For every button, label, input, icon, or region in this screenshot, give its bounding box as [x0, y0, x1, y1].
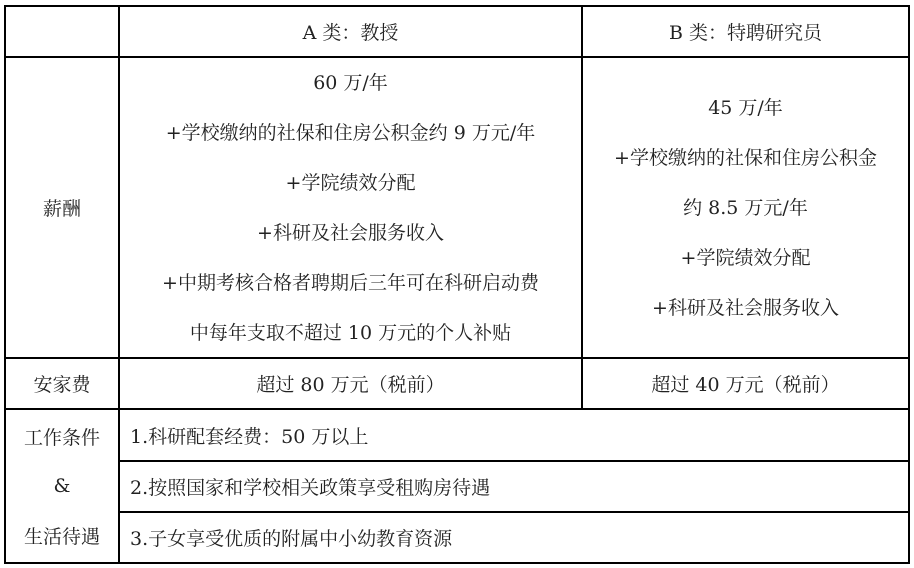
header-col-b-label: B 类：特聘研究员 [669, 18, 822, 45]
housing-b-cell: 超过 40 万元（税前） [583, 359, 908, 408]
border-bottom [4, 562, 910, 564]
salary-label-cell: 薪酬 [6, 58, 118, 357]
salary-a-line: 60 万/年 [313, 58, 388, 108]
salary-a-line: 中每年支取不超过 10 万元的个人补贴 [190, 308, 511, 358]
housing-label: 安家费 [33, 370, 90, 397]
conditions-label-line: & [54, 475, 71, 497]
salary-b-line: 约 8.5 万元/年 [683, 183, 808, 233]
salary-b-line: +学院绩效分配 [681, 233, 811, 283]
header-col-a-label: A 类：教授 [303, 18, 399, 45]
salary-a-line: +学院绩效分配 [286, 158, 416, 208]
conditions-item-2: 2.按照国家和学校相关政策享受租购房待遇 [120, 462, 908, 511]
header-corner [6, 7, 118, 56]
salary-a-line: +科研及社会服务收入 [257, 208, 444, 258]
housing-a-cell: 超过 80 万元（税前） [120, 359, 581, 408]
salary-b-line: +科研及社会服务收入 [652, 283, 839, 333]
salary-b-line: 45 万/年 [708, 83, 783, 133]
conditions-label-line: 生活待遇 [24, 522, 100, 549]
conditions-label-cell: 工作条件 & 生活待遇 [6, 410, 118, 562]
housing-label-cell: 安家费 [6, 359, 118, 408]
salary-a-line: +学校缴纳的社保和住房公积金约 9 万元/年 [166, 108, 536, 158]
salary-b-line: +学校缴纳的社保和住房公积金 [614, 133, 877, 183]
salary-b-cell: 45 万/年 +学校缴纳的社保和住房公积金 约 8.5 万元/年 +学院绩效分配… [583, 58, 908, 357]
header-col-a: A 类：教授 [120, 7, 581, 56]
compensation-table: A 类：教授 B 类：特聘研究员 薪酬 60 万/年 +学校缴纳的社保和住房公积… [4, 5, 909, 563]
border-right [908, 5, 910, 564]
housing-b-value: 超过 40 万元（税前） [651, 370, 839, 397]
salary-label: 薪酬 [43, 194, 81, 221]
header-col-b: B 类：特聘研究员 [583, 7, 908, 56]
conditions-label-line: 工作条件 [24, 423, 100, 450]
conditions-item-1: 1.科研配套经费：50 万以上 [120, 410, 908, 460]
conditions-item-3: 3.子女享受优质的附属中小幼教育资源 [120, 513, 908, 562]
salary-a-cell: 60 万/年 +学校缴纳的社保和住房公积金约 9 万元/年 +学院绩效分配 +科… [120, 58, 581, 357]
housing-a-value: 超过 80 万元（税前） [256, 370, 444, 397]
salary-a-line: +中期考核合格者聘期后三年可在科研启动费 [162, 258, 539, 308]
